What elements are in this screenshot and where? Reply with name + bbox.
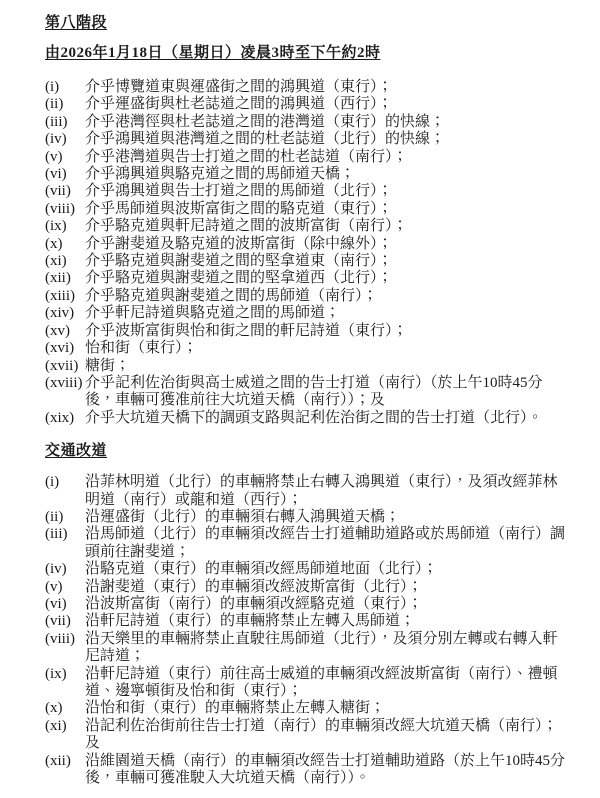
item-number: (i)	[45, 79, 85, 96]
item-text: 沿馬師道（北行）的車輛須改經告士打道輔助道路或於馬師道（南行）調 頭前往謝斐道；	[85, 526, 574, 561]
list-item: (v)介乎港灣道與告士打道之間的杜老誌道（南行）；	[45, 149, 574, 166]
item-text: 沿軒尼詩道（東行）前往高士威道的車輛須改經波斯富街（南行）、禮頓 道、邊寧頓街及…	[85, 666, 574, 701]
list-item: (vii)介乎鴻興道與告士打道之間的馬師道（北行）；	[45, 183, 574, 200]
item-text: 介乎港灣徑與杜老誌道之間的港灣道（東行）的快線；	[85, 114, 574, 131]
item-text: 沿駱克道（東行）的車輛須改經馬師道地面（北行）；	[85, 561, 574, 578]
date-heading-text: 由2026年1月18日（星期日）凌晨3時至下午約2時	[45, 45, 381, 61]
item-number: (iii)	[45, 526, 85, 561]
item-text: 介乎博覽道東與運盛街之間的鴻興道（東行）；	[85, 79, 574, 96]
list-item: (x)介乎謝斐道及駱克道的波斯富街（除中線外）；	[45, 236, 574, 253]
item-number: (iv)	[45, 561, 85, 578]
item-text: 介乎波斯富街與怡和街之間的軒尼詩道（東行）；	[85, 323, 574, 340]
item-text: 沿菲林明道（北行）的車輛將禁止右轉入鴻興道（東行），及須改經菲林 明道（南行）或…	[85, 474, 574, 509]
item-number: (ix)	[45, 666, 85, 701]
list-item: (vii)沿軒尼詩道（東行）的車輛將禁止左轉入馬師道；	[45, 613, 574, 630]
item-number: (ii)	[45, 96, 85, 113]
item-number: (ii)	[45, 509, 85, 526]
item-number: (ix)	[45, 218, 85, 235]
list-item: (xix)介乎大坑道天橋下的調頭支路與記利佐治街之間的告士打道（北行）。	[45, 410, 574, 427]
list-item: (ii)介乎運盛街與杜老誌道之間的鴻興道（西行）；	[45, 96, 574, 113]
item-number: (vi)	[45, 596, 85, 613]
item-number: (vii)	[45, 183, 85, 200]
item-text: 介乎鴻興道與駱克道之間的馬師道天橋；	[85, 166, 574, 183]
item-number: (xiv)	[45, 305, 85, 322]
list-item: (viii)沿天樂里的車輛將禁止直駛往馬師道（北行），及須分別左轉或右轉入軒 尼…	[45, 631, 574, 666]
phase-heading: 第八階段	[45, 15, 574, 32]
item-text: 糖街；	[85, 358, 574, 375]
list-item: (xv)介乎波斯富街與怡和街之間的軒尼詩道（東行）；	[45, 323, 574, 340]
item-text: 沿運盛街（北行）的車輛須右轉入鴻興道天橋；	[85, 509, 574, 526]
item-number: (xv)	[45, 323, 85, 340]
list-item: (xiii)介乎駱克道與謝斐道之間的馬師道（南行）；	[45, 288, 574, 305]
item-number: (vi)	[45, 166, 85, 183]
date-heading: 由2026年1月18日（星期日）凌晨3時至下午約2時	[45, 45, 574, 62]
traffic-notice-document: 第八階段 由2026年1月18日（星期日）凌晨3時至下午約2時 (i)介乎博覽道…	[0, 0, 600, 787]
item-number: (xix)	[45, 410, 85, 427]
list-item: (ix)介乎駱克道與軒尼詩道之間的波斯富街（南行）；	[45, 218, 574, 235]
list-item: (iv)介乎鴻興道與港灣道之間的杜老誌道（北行）的快線；	[45, 131, 574, 148]
item-text: 沿軒尼詩道（東行）的車輛將禁止左轉入馬師道；	[85, 613, 574, 630]
list-item: (ix)沿軒尼詩道（東行）前往高士威道的車輛須改經波斯富街（南行）、禮頓 道、邊…	[45, 666, 574, 701]
list-item: (vi)介乎鴻興道與駱克道之間的馬師道天橋；	[45, 166, 574, 183]
list-item: (iv)沿駱克道（東行）的車輛須改經馬師道地面（北行）；	[45, 561, 574, 578]
item-number: (iii)	[45, 114, 85, 131]
item-number: (x)	[45, 236, 85, 253]
item-text: 介乎記利佐治街與高士威道之間的告士打道（南行）（於上午10時45分 後，車輛可獲…	[85, 375, 574, 410]
list-item: (xii)沿維園道天橋（南行）的車輛須改經告士打道輔助道路（於上午10時45分 …	[45, 753, 574, 788]
phase-heading-text: 第八階段	[45, 15, 107, 31]
list-item: (i)沿菲林明道（北行）的車輛將禁止右轉入鴻興道（東行），及須改經菲林 明道（南…	[45, 474, 574, 509]
item-text: 怡和街（東行）；	[85, 340, 574, 357]
item-number: (xvi)	[45, 340, 85, 357]
item-text: 介乎鴻興道與港灣道之間的杜老誌道（北行）的快線；	[85, 131, 574, 148]
item-text: 介乎軒尼詩道與駱克道之間的馬師道；	[85, 305, 574, 322]
item-text: 介乎駱克道與謝斐道之間的馬師道（南行）；	[85, 288, 574, 305]
item-number: (xviii)	[45, 375, 85, 410]
item-text: 沿怡和街（東行）的車輛將禁止左轉入糖街；	[85, 700, 574, 717]
item-text: 介乎馬師道與波斯富街之間的駱克道（東行）；	[85, 201, 574, 218]
list-item: (i)介乎博覽道東與運盛街之間的鴻興道（東行）；	[45, 79, 574, 96]
item-text: 沿維園道天橋（南行）的車輛須改經告士打道輔助道路（於上午10時45分 後，車輛可…	[85, 753, 574, 788]
traffic-diversion-list: (i)沿菲林明道（北行）的車輛將禁止右轉入鴻興道（東行），及須改經菲林 明道（南…	[45, 474, 574, 787]
traffic-diversion-heading: 交通改道	[45, 443, 574, 460]
list-item: (vi)沿波斯富街（南行）的車輛須改經駱克道（東行）；	[45, 596, 574, 613]
item-number: (vii)	[45, 613, 85, 630]
item-text: 介乎駱克道與軒尼詩道之間的波斯富街（南行）；	[85, 218, 574, 235]
item-text: 介乎謝斐道及駱克道的波斯富街（除中線外）；	[85, 236, 574, 253]
item-number: (v)	[45, 579, 85, 596]
item-text: 沿天樂里的車輛將禁止直駛往馬師道（北行），及須分別左轉或右轉入軒 尼詩道；	[85, 631, 574, 666]
list-item: (iii)沿馬師道（北行）的車輛須改經告士打道輔助道路或於馬師道（南行）調 頭前…	[45, 526, 574, 561]
traffic-diversion-heading-text: 交通改道	[45, 443, 107, 459]
item-number: (viii)	[45, 631, 85, 666]
list-item: (ii)沿運盛街（北行）的車輛須右轉入鴻興道天橋；	[45, 509, 574, 526]
item-text: 介乎駱克道與謝斐道之間的堅拿道東（南行）；	[85, 253, 574, 270]
list-item: (xi)沿記利佐治街前往告士打道（南行）的車輛須改經大坑道天橋（南行）； 及	[45, 718, 574, 753]
list-item: (xvi)怡和街（東行）；	[45, 340, 574, 357]
item-number: (xii)	[45, 753, 85, 788]
item-number: (x)	[45, 700, 85, 717]
list-item: (xvii)糖街；	[45, 358, 574, 375]
item-text: 沿記利佐治街前往告士打道（南行）的車輛須改經大坑道天橋（南行）； 及	[85, 718, 574, 753]
item-text: 介乎港灣道與告士打道之間的杜老誌道（南行）；	[85, 149, 574, 166]
road-closure-list: (i)介乎博覽道東與運盛街之間的鴻興道（東行）；(ii)介乎運盛街與杜老誌道之間…	[45, 79, 574, 427]
item-number: (xvii)	[45, 358, 85, 375]
item-text: 介乎大坑道天橋下的調頭支路與記利佐治街之間的告士打道（北行）。	[85, 410, 574, 427]
list-item: (v)沿謝斐道（東行）的車輛須改經波斯富街（北行）；	[45, 579, 574, 596]
item-text: 介乎運盛街與杜老誌道之間的鴻興道（西行）；	[85, 96, 574, 113]
item-text: 介乎駱克道與謝斐道之間的堅拿道西（北行）；	[85, 270, 574, 287]
item-number: (xi)	[45, 718, 85, 753]
item-number: (xii)	[45, 270, 85, 287]
list-item: (xviii)介乎記利佐治街與高士威道之間的告士打道（南行）（於上午10時45分…	[45, 375, 574, 410]
item-number: (xi)	[45, 253, 85, 270]
list-item: (viii)介乎馬師道與波斯富街之間的駱克道（東行）；	[45, 201, 574, 218]
item-text: 沿謝斐道（東行）的車輛須改經波斯富街（北行）；	[85, 579, 574, 596]
list-item: (xii)介乎駱克道與謝斐道之間的堅拿道西（北行）；	[45, 270, 574, 287]
item-number: (viii)	[45, 201, 85, 218]
list-item: (iii)介乎港灣徑與杜老誌道之間的港灣道（東行）的快線；	[45, 114, 574, 131]
item-text: 沿波斯富街（南行）的車輛須改經駱克道（東行）；	[85, 596, 574, 613]
list-item: (xi)介乎駱克道與謝斐道之間的堅拿道東（南行）；	[45, 253, 574, 270]
list-item: (xiv)介乎軒尼詩道與駱克道之間的馬師道；	[45, 305, 574, 322]
item-number: (iv)	[45, 131, 85, 148]
item-number: (v)	[45, 149, 85, 166]
item-number: (xiii)	[45, 288, 85, 305]
item-text: 介乎鴻興道與告士打道之間的馬師道（北行）；	[85, 183, 574, 200]
list-item: (x)沿怡和街（東行）的車輛將禁止左轉入糖街；	[45, 700, 574, 717]
item-number: (i)	[45, 474, 85, 509]
